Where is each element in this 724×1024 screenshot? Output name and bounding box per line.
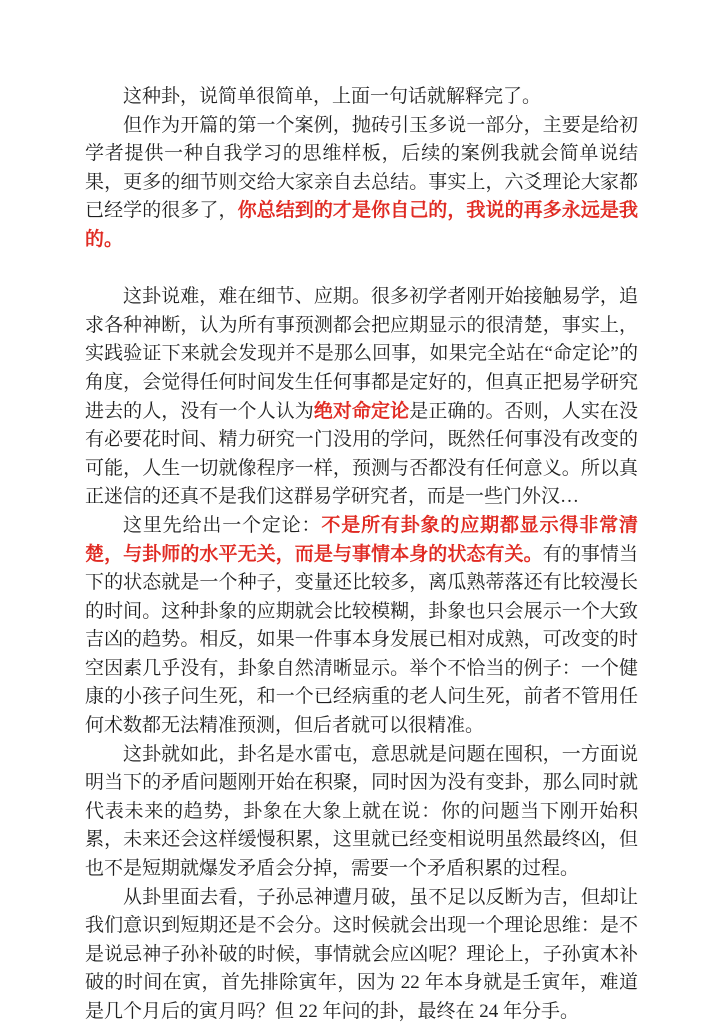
paragraph-hexagram-meaning: 这卦就如此，卦名是水雷屯，意思就是问题在囤积，一方面说明当下的矛盾问题刚开始在积… <box>85 741 638 884</box>
page-body-text: 这种卦，说简单很简单，上面一句话就解释完了。 但作为开篇的第一个案例，抛砖引玉多… <box>85 83 638 1024</box>
paragraph-difficulty: 这卦说难，难在细节、应期。很多初学者刚开始接触易学，追求各种神断，认为所有事预测… <box>85 283 638 512</box>
paragraph-intro: 这种卦，说简单很简单，上面一句话就解释完了。 <box>85 83 638 112</box>
text-run: 这种卦，说简单很简单，上面一句话就解释完了。 <box>123 86 541 107</box>
text-run: 这里先给出一个定论： <box>123 515 321 536</box>
paragraph-conclusion-rule: 这里先给出一个定论：不是所有卦象的应期都显示得非常清楚，与卦师的水平无关，而是与… <box>85 512 638 741</box>
text-run: 这卦就如此，卦名是水雷屯，意思就是问题在囤积，一方面说明当下的矛盾问题刚开始在积… <box>85 744 638 879</box>
page-footer: 7 <box>0 944 724 974</box>
document-page: 这种卦，说简单很简单，上面一句话就解释完了。 但作为开篇的第一个案例，抛砖引玉多… <box>0 0 724 1024</box>
paragraph-first-case: 但作为开篇的第一个案例，抛砖引玉多说一部分，主要是给初学者提供一种自我学习的思维… <box>85 112 638 255</box>
text-run: 有的事情当下的状态就是一个种子，变量还比较多，离瓜熟蒂落还有比较漫长的时间。这种… <box>85 544 638 737</box>
page-number: 7 <box>605 944 612 964</box>
emphasis-run: 绝对命定论 <box>314 401 409 422</box>
